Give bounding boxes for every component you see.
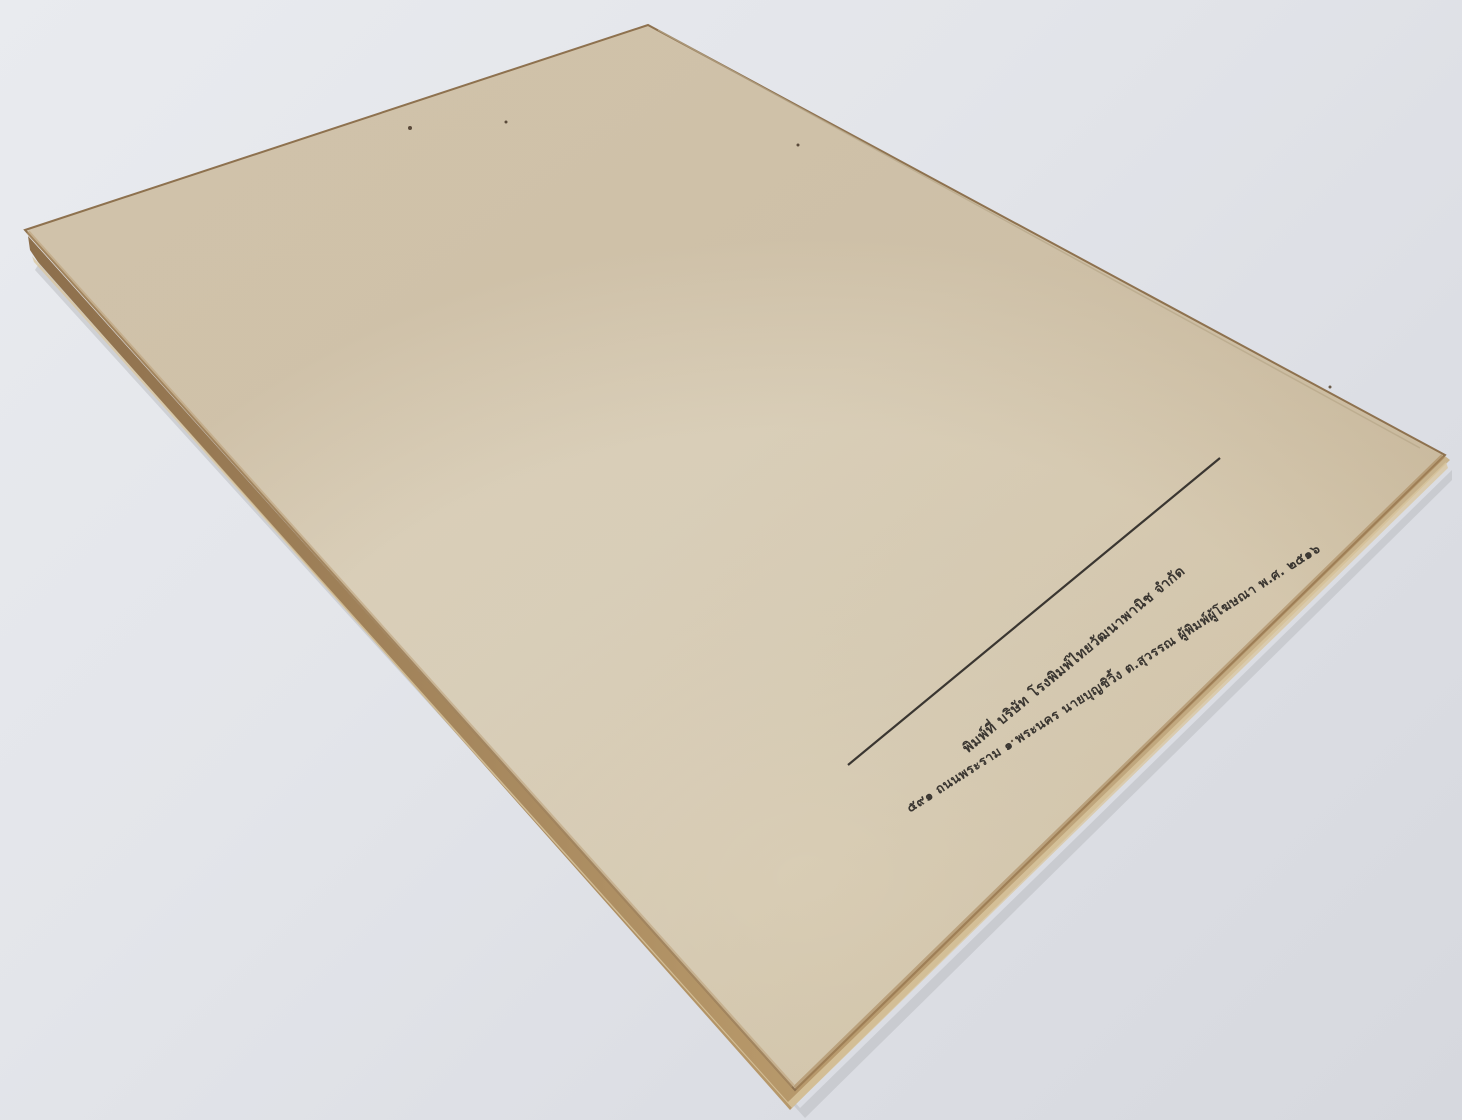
book-illustration: [0, 0, 1462, 1120]
photo-scene: พิมพ์ที่ บริษัท โรงพิมพ์ไทยวัฒนาพานิช จำ…: [0, 0, 1462, 1120]
